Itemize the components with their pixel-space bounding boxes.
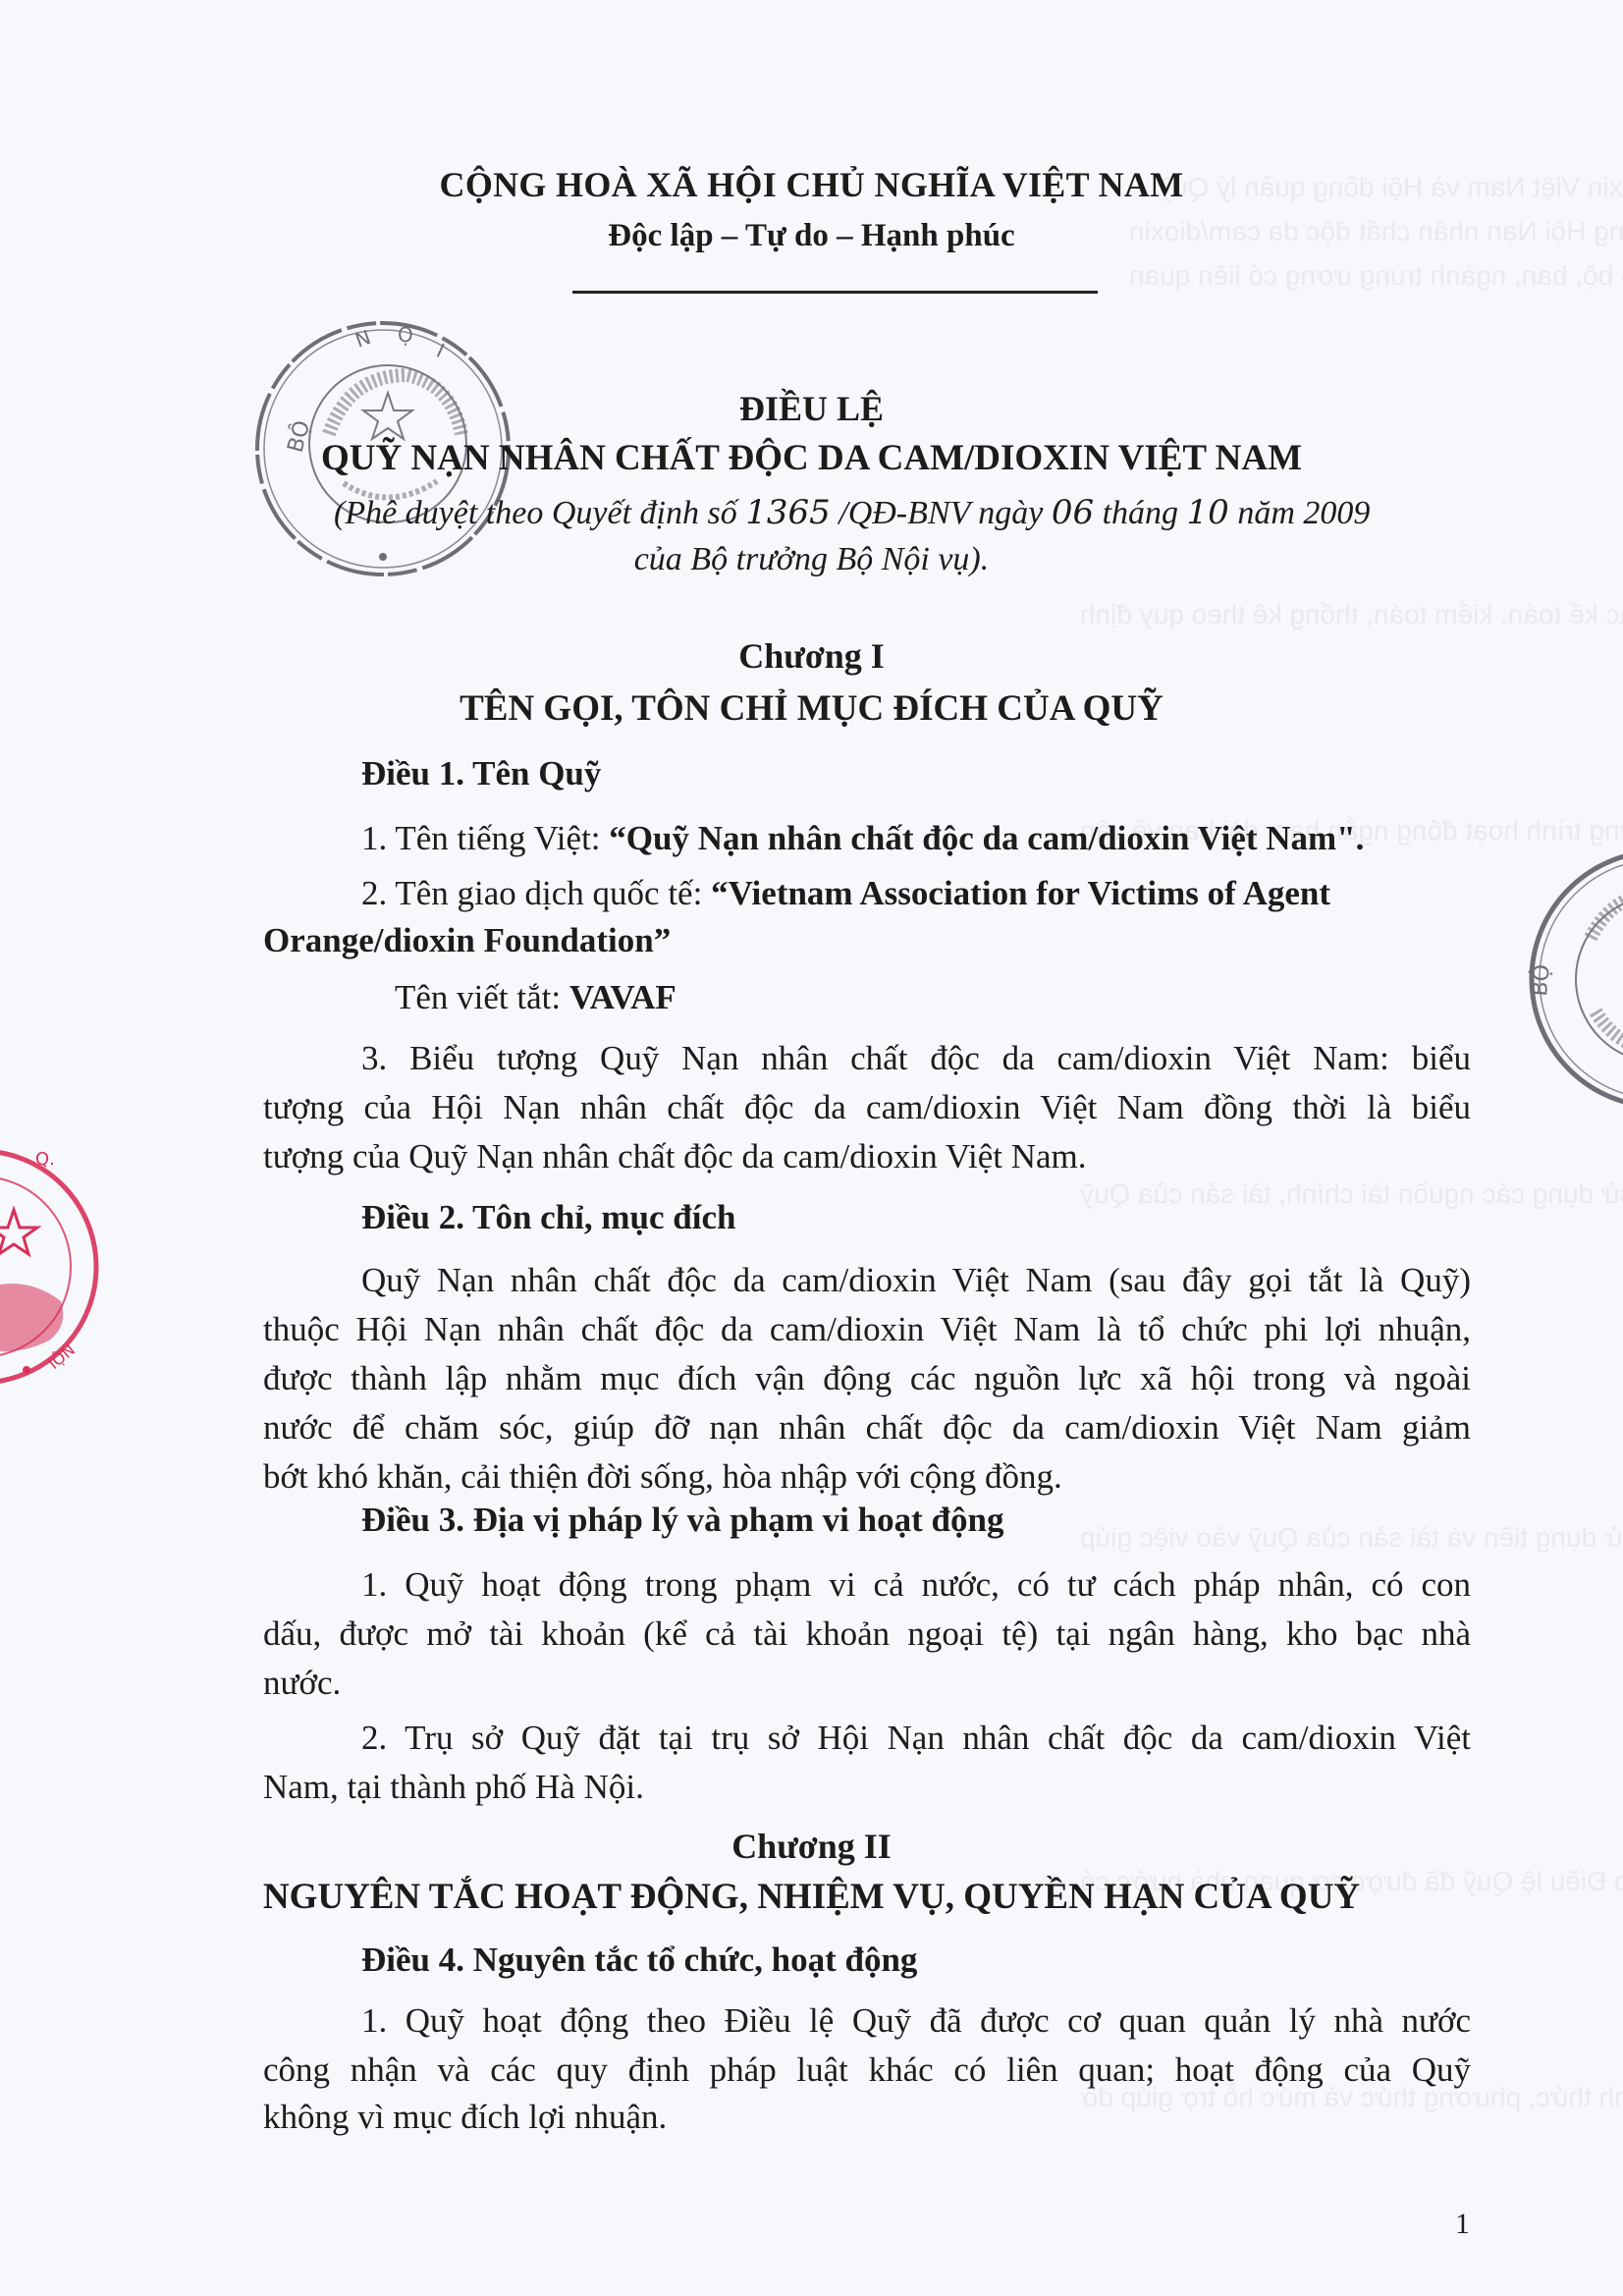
article-4-item-1-line: không vì mục đích lợi nhuận.	[263, 2100, 667, 2134]
nation-name: CỘNG HOÀ XÃ HỘI CHỦ NGHĨA VIỆT NAM	[0, 167, 1623, 202]
decision-number: 1365	[745, 493, 831, 532]
international-name: “Vietnam Association for Victims of Agen…	[711, 874, 1330, 912]
article-1-item-3-line: tượng của Hội Nạn nhân chất độc da cam/d…	[263, 1090, 1471, 1124]
abbr-label: Tên viết tắt:	[395, 978, 569, 1016]
approval-day: 06	[1052, 493, 1094, 532]
article-1-item-3-line: tượng của Quỹ Nạn nhân chất độc da cam/d…	[263, 1139, 1087, 1174]
approval-suffix: năm 2009	[1229, 495, 1371, 531]
vietnamese-name: “Quỹ Nạn nhân chất độc da cam/dioxin Việ…	[609, 819, 1364, 857]
partial-seal-right: BỘ	[1512, 840, 1623, 1120]
item-label: 2. Tên giao dịch quốc tế:	[361, 874, 711, 912]
document-title: QUỸ NẠN NHÂN CHẤT ĐỘC DA CAM/DIOXIN VIỆT…	[0, 440, 1623, 476]
chapter-1-label: Chương I	[0, 638, 1623, 674]
article-3-item-2-line: Nam, tại thành phố Hà Nội.	[263, 1770, 644, 1804]
article-4-item-1-line: công nhận và các quy định pháp luật khác…	[263, 2052, 1471, 2087]
article-2-line: bớt khó khăn, cải thiện đời sống, hòa nh…	[263, 1459, 1062, 1494]
bleed-through-text: Nam, lãnh đạo một số bộ, ban, ngành trun…	[1129, 260, 1623, 292]
bleed-through-text: 5. Quỹ thực hiện công tác kế toán, kiểm …	[1080, 599, 1623, 630]
article-1-item-3-line: 3. Biểu tượng Quỹ Nạn nhân chất độc da c…	[361, 1041, 1471, 1075]
svg-text:BỘ: BỘ	[1527, 963, 1555, 998]
svg-text:I: I	[433, 339, 448, 362]
svg-text:N: N	[352, 325, 374, 353]
page-number: 1	[1455, 2208, 1470, 2241]
chapter-1-title: TÊN GỌI, TÔN CHỈ MỤC ĐÍCH CỦA QUỸ	[0, 690, 1623, 727]
partial-red-seal-left: Q. IỘN	[0, 1129, 108, 1404]
article-2-line: thuộc Hội Nạn nhân chất độc da cam/dioxi…	[263, 1312, 1471, 1346]
national-motto: Độc lập – Tự do – Hạnh phúc	[0, 220, 1623, 252]
article-2-line: được thành lập nhằm mục đích vận động cá…	[263, 1361, 1471, 1395]
article-2-line: nước để chăm sóc, giúp đỡ nạn nhân chất …	[263, 1410, 1471, 1445]
article-3-item-1-line: 1. Quỹ hoạt động trong phạm vi cả nước, …	[361, 1567, 1471, 1602]
chapter-2-title: NGUYÊN TẮC HOẠT ĐỘNG, NHIỆM VỤ, QUYỀN HẠ…	[0, 1879, 1623, 1915]
article-3-item-2-line: 2. Trụ sở Quỹ đặt tại trụ sở Hội Nạn nhâ…	[361, 1721, 1471, 1755]
approval-mid-2: tháng	[1094, 495, 1186, 531]
svg-text:Ộ: Ộ	[398, 323, 413, 347]
approval-mid-1: /QĐ-BNV ngày	[831, 495, 1052, 531]
article-3-item-1-line: nước.	[263, 1666, 341, 1700]
item-label: 1. Tên tiếng Việt:	[361, 819, 609, 857]
article-1-heading: Điều 1. Tên Quỹ	[361, 756, 601, 791]
bleed-through-text: 5. Kiểm tra, kiểm soát việc sử dụng tiền…	[1080, 1522, 1623, 1554]
article-4-item-1-line: 1. Quỹ hoạt động theo Điều lệ Quỹ đã đượ…	[361, 2003, 1471, 2038]
article-1-item-2: 2. Tên giao dịch quốc tế: “Vietnam Assoc…	[361, 876, 1330, 910]
header-divider	[572, 291, 1098, 294]
abbr-value: VAVAF	[569, 978, 676, 1016]
svg-text:IỘN: IỘN	[44, 1340, 79, 1373]
article-1-abbreviation: Tên viết tắt: VAVAF	[395, 980, 676, 1014]
approval-line-1: (Phê duyệt theo Quyết định số 1365 /QĐ-B…	[334, 496, 1370, 530]
article-2-line: Quỹ Nạn nhân chất độc da cam/dioxin Việt…	[361, 1263, 1471, 1297]
document-type: ĐIỀU LỆ	[0, 391, 1623, 426]
approval-month: 10	[1187, 493, 1229, 532]
article-1-item-1: 1. Tên tiếng Việt: “Quỹ Nạn nhân chất độ…	[361, 821, 1364, 855]
article-2-heading: Điều 2. Tôn chỉ, mục đích	[361, 1200, 736, 1234]
chapter-2-label: Chương II	[0, 1829, 1623, 1864]
article-3-heading: Điều 3. Địa vị pháp lý và phạm vi hoạt đ…	[361, 1503, 1003, 1537]
approval-prefix: (Phê duyệt theo Quyết định số	[334, 495, 745, 531]
article-3-item-1-line: dấu, được mở tài khoản (kể cả tài khoản …	[263, 1616, 1471, 1651]
approval-line-2: của Bộ trưởng Bộ Nội vụ).	[0, 543, 1623, 576]
international-name-cont: Orange/dioxin Foundation”	[263, 923, 671, 957]
article-4-heading: Điều 4. Nguyên tắc tổ chức, hoạt động	[361, 1942, 917, 1977]
bleed-through-text: 3. Lưu trữ, quản lý và sử dụng các nguồn…	[1080, 1178, 1623, 1210]
document-page: Hội Nạn nhân chất độc da cam/dioxin Việt…	[0, 0, 1623, 2296]
svg-text:Q.: Q.	[35, 1149, 55, 1170]
